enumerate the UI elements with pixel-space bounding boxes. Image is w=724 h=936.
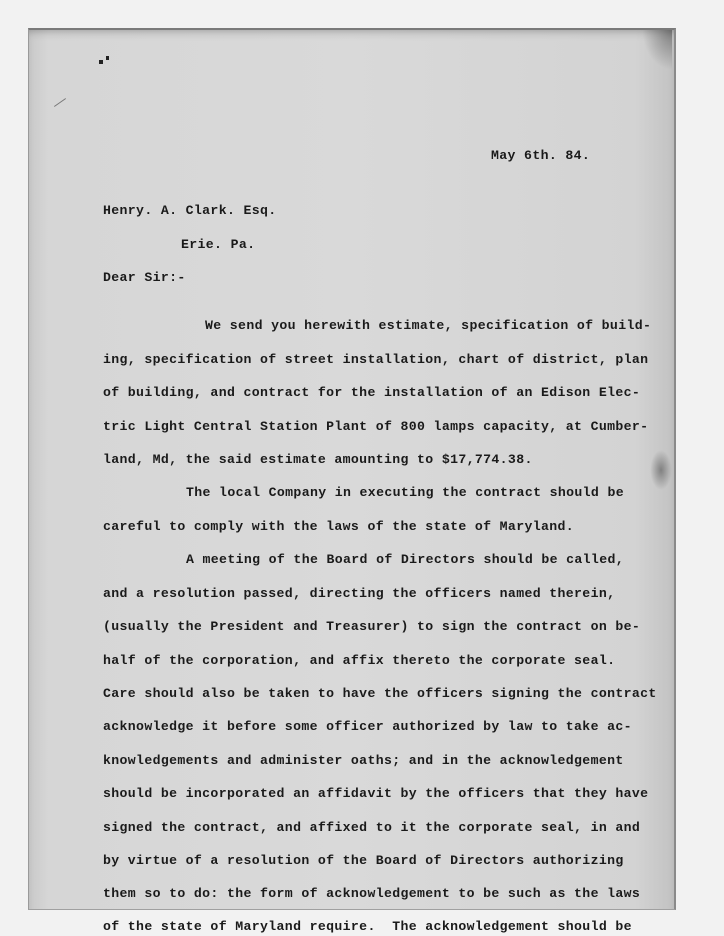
body-line: land, Md, the said estimate amounting to… bbox=[103, 452, 533, 467]
pencil-mark bbox=[54, 98, 66, 107]
body-line: Care should also be taken to have the of… bbox=[103, 686, 657, 701]
body-line: A meeting of the Board of Directors shou… bbox=[186, 552, 624, 567]
body-line: careful to comply with the laws of the s… bbox=[103, 519, 574, 534]
recipient-name: Henry. A. Clark. Esq. bbox=[103, 203, 277, 218]
body-line: by virtue of a resolution of the Board o… bbox=[103, 853, 624, 868]
body-line: ing, specification of street installatio… bbox=[103, 352, 648, 367]
salutation: Dear Sir:- bbox=[103, 270, 186, 285]
body-line: knowledgements and administer oaths; and… bbox=[103, 753, 624, 768]
body-line: of the state of Maryland require. The ac… bbox=[103, 919, 632, 934]
body-line: tric Light Central Station Plant of 800 … bbox=[103, 419, 648, 434]
body-line: (usually the President and Treasurer) to… bbox=[103, 619, 640, 634]
body-line: of building, and contract for the instal… bbox=[103, 385, 640, 400]
body-line: The local Company in executing the contr… bbox=[186, 485, 624, 500]
ink-spot bbox=[106, 56, 109, 60]
body-line: signed the contract, and affixed to it t… bbox=[103, 820, 640, 835]
body-line: half of the corporation, and affix there… bbox=[103, 653, 615, 668]
smudge bbox=[650, 450, 672, 490]
body-line: and a resolution passed, directing the o… bbox=[103, 586, 615, 601]
body-line: them so to do: the form of acknowledgeme… bbox=[103, 886, 640, 901]
letter-date: May 6th. 84. bbox=[491, 148, 590, 163]
body-line: acknowledge it before some officer autho… bbox=[103, 719, 632, 734]
body-line: We send you herewith estimate, specifica… bbox=[205, 318, 651, 333]
ink-spot bbox=[99, 60, 103, 64]
recipient-location: Erie. Pa. bbox=[181, 237, 255, 252]
body-line: should be incorporated an affidavit by t… bbox=[103, 786, 648, 801]
